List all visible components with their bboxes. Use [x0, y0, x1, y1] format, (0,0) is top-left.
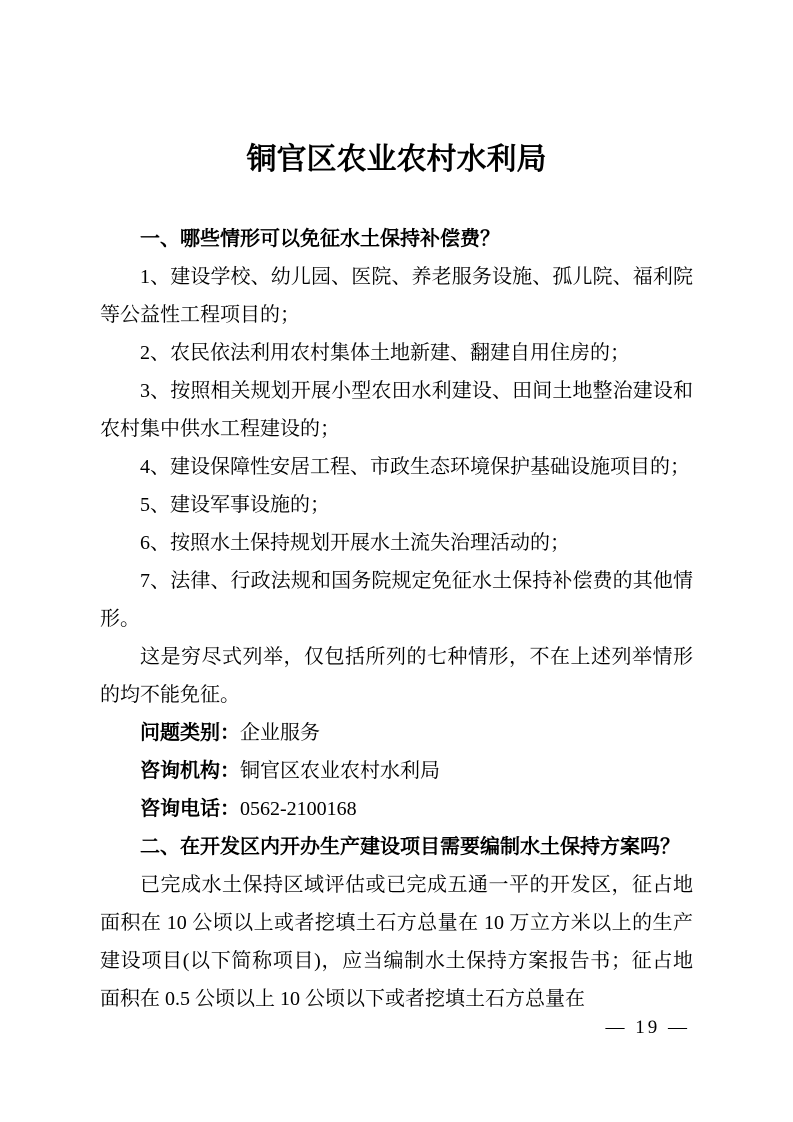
meta-phone-row: 咨询电话：0562-2100168 [100, 790, 693, 828]
meta-category-value: 企业服务 [240, 722, 320, 744]
answer-2-paragraph: 已完成水土保持区域评估或已完成五通一平的开发区，征占地面积在 10 公顷以上或者… [100, 866, 693, 1018]
document-page: 铜官区农业农村水利局 一、哪些情形可以免征水土保持补偿费？ 1、建设学校、幼儿园… [0, 0, 793, 1122]
meta-category-label: 问题类别： [140, 722, 240, 744]
exemption-item-6: 6、按照水土保持规划开展水土流失治理活动的； [100, 524, 693, 562]
page-number: — 19 — [606, 1016, 691, 1040]
question-1-heading: 一、哪些情形可以免征水土保持补偿费？ [100, 220, 693, 258]
exemption-item-4: 4、建设保障性安居工程、市政生态环境保护基础设施项目的； [100, 448, 693, 486]
meta-agency-label: 咨询机构： [140, 760, 240, 782]
meta-phone-value: 0562-2100168 [240, 798, 357, 820]
exemption-item-5: 5、建设军事设施的； [100, 486, 693, 524]
exemption-item-1: 1、建设学校、幼儿园、医院、养老服务设施、孤儿院、福利院等公益性工程项目的； [100, 258, 693, 334]
exemption-item-3: 3、按照相关规划开展小型农田水利建设、田间土地整治建设和农村集中供水工程建设的； [100, 372, 693, 448]
meta-phone-label: 咨询电话： [140, 798, 240, 820]
question-2-heading: 二、在开发区内开办生产建设项目需要编制水土保持方案吗？ [100, 828, 693, 866]
exemption-item-2: 2、农民依法利用农村集体土地新建、翻建自用住房的； [100, 334, 693, 372]
document-title: 铜官区农业农村水利局 [0, 0, 793, 180]
meta-agency-value: 铜官区农业农村水利局 [240, 760, 440, 782]
meta-agency-row: 咨询机构：铜官区农业农村水利局 [100, 752, 693, 790]
summary-paragraph: 这是穷尽式列举，仅包括所列的七种情形，不在上述列举情形的均不能免征。 [100, 638, 693, 714]
document-body: 一、哪些情形可以免征水土保持补偿费？ 1、建设学校、幼儿园、医院、养老服务设施、… [0, 220, 793, 1018]
exemption-item-7: 7、法律、行政法规和国务院规定免征水土保持补偿费的其他情形。 [100, 562, 693, 638]
meta-category-row: 问题类别：企业服务 [100, 714, 693, 752]
